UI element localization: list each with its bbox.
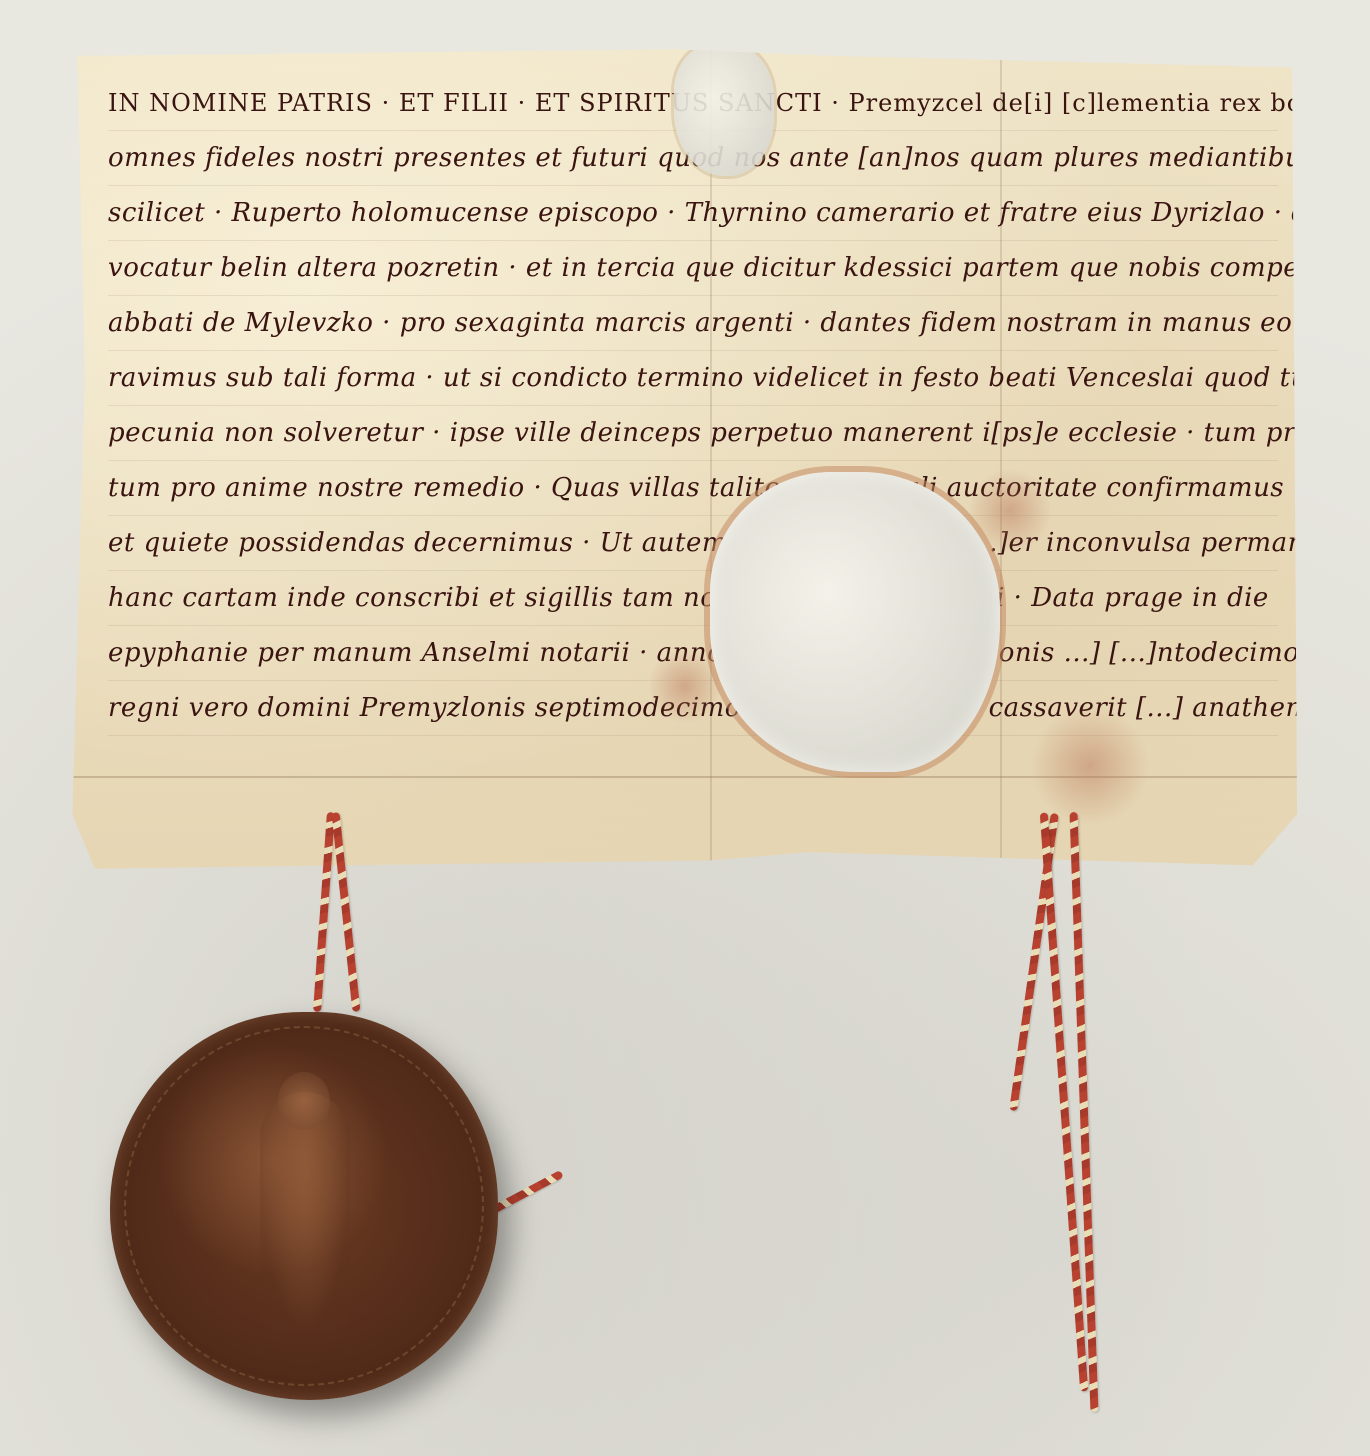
stain — [1030, 706, 1150, 826]
stain — [650, 646, 720, 726]
charter-text: IN NOMINE PATRIS · ET FILII · ET SPIRITU… — [108, 76, 1278, 736]
text-line: tum pro anime nostre remedio · Quas vill… — [108, 461, 1278, 516]
charter-parchment: IN NOMINE PATRIS · ET FILII · ET SPIRITU… — [70, 46, 1302, 872]
seal-head-icon — [278, 1072, 330, 1130]
text-line: ravimus sub tali forma · ut si condicto … — [108, 351, 1278, 406]
parchment-hole — [674, 46, 774, 176]
stain — [970, 466, 1050, 556]
text-line: hanc cartam inde conscribi et sigillis t… — [108, 571, 1278, 626]
text-line: vocatur belin altera pozretin · et in te… — [108, 241, 1278, 296]
parchment-hole — [710, 472, 1000, 772]
text-line: scilicet · Ruperto holomucense episcopo … — [108, 186, 1278, 241]
wax-seal — [110, 1012, 498, 1400]
text-line: pecunia non solveretur · ipse ville dein… — [108, 406, 1278, 461]
text-line: abbati de Mylevzko · pro sexaginta marci… — [108, 296, 1278, 351]
text-line: et quiete possidendas decernimus · Ut au… — [108, 516, 1278, 571]
